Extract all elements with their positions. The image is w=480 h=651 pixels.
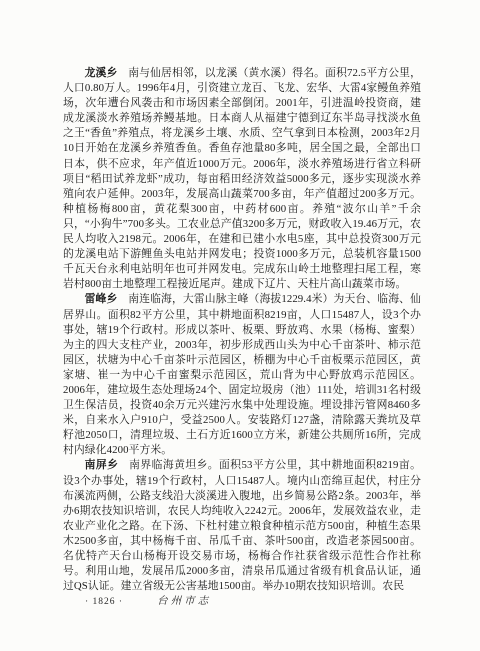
section-title-nanping: 南屏乡	[85, 459, 119, 471]
book-title: 台州市志	[157, 596, 211, 607]
page-number: · 1826 ·	[85, 597, 123, 607]
section-nanping: 南屏乡南界临海黄坦乡。面积53平方公里，其中耕地面积8219亩。设3个办事处，辖…	[63, 458, 421, 594]
section-body-nanping: 南界临海黄坦乡。面积53平方公里，其中耕地面积8219亩。设3个办事处，辖19个…	[63, 459, 421, 592]
section-body-leifeng: 南连临海，大雷山脉主峰（海拔1229.4米）为天台、临海、仙居界山。面积82平方…	[63, 293, 421, 456]
section-longxi: 龙溪乡南与仙居相邻，以龙溪（黄水溪）得名。面积72.5平方公里，人口0.80万人…	[63, 66, 421, 292]
section-title-longxi: 龙溪乡	[85, 67, 118, 79]
page-text-block: 龙溪乡南与仙居相邻，以龙溪（黄水溪）得名。面积72.5平方公里，人口0.80万人…	[63, 66, 421, 594]
page-footer: · 1826 ·台州市志	[85, 593, 211, 608]
section-body-longxi: 南与仙居相邻，以龙溪（黄水溪）得名。面积72.5平方公里，人口0.80万人。19…	[63, 67, 421, 290]
book-page: 龙溪乡南与仙居相邻，以龙溪（黄水溪）得名。面积72.5平方公里，人口0.80万人…	[0, 0, 480, 651]
section-title-leifeng: 雷峰乡	[85, 293, 118, 305]
section-leifeng: 雷峰乡南连临海，大雷山脉主峰（海拔1229.4米）为天台、临海、仙居界山。面积8…	[63, 292, 421, 458]
